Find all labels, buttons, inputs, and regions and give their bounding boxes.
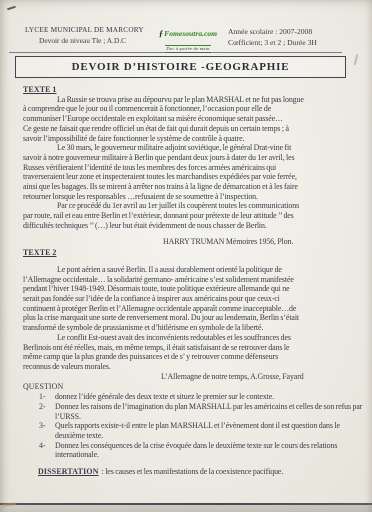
header-divider: [9, 52, 342, 53]
question-text: donnez l’idée générale des deux texte et…: [55, 392, 274, 401]
dissertation-line: DISSERTATION: les causes et les manifest…: [38, 467, 363, 477]
dissertation-label: DISSERTATION: [38, 467, 99, 476]
exam-info-block: Année scolaire : 2007-2008 Cœfficient; 3…: [228, 27, 317, 47]
texte1-paragraph-1: La Russie se trouva prise au dépourvu pa…: [23, 95, 363, 144]
texte2-paragraph-1: Le pont aérien a sauvé Berlin. Il a auss…: [23, 265, 363, 333]
question-number: 2-: [39, 402, 45, 412]
scan-edge-strip: [0, 505, 372, 512]
scan-artifact-top-left: [7, 6, 16, 11]
dissertation-text: : les causes et les manifestations de la…: [102, 467, 284, 476]
texte1-heading: TEXTE 1: [23, 85, 363, 95]
question-text: Donnez les raisons de l’imagination du p…: [55, 402, 362, 421]
scanned-exam-page: LYCEE MUNICIPAL DE MARCORY Devoir de niv…: [0, 0, 372, 512]
document-title: DEVOIR D’HISTOIRE -GEOGRAPHIE: [72, 61, 290, 73]
fomesoutra-logo: ƒFomesoutra.com Doc à portée de main: [149, 29, 227, 54]
school-name: LYCEE MUNICIPAL DE MARCORY: [25, 26, 144, 34]
questions-heading: QUESTION: [23, 382, 363, 392]
texte1-paragraph-2: Le 30 mars, le gouverneur militaire adjo…: [23, 143, 363, 201]
document-title-box: DEVOIR D’HISTOIRE -GEOGRAPHIE: [15, 56, 346, 78]
question-number: 1-: [39, 392, 45, 402]
logo-wordmark: ƒFomesoutra.com: [149, 29, 227, 38]
coefficient-duration: Cœfficient; 3 et 2 ; Durée 3H: [228, 38, 317, 47]
question-item: 4- Donnez les conséquences de la crise é…: [23, 441, 363, 460]
question-number: 4-: [39, 441, 45, 451]
logo-flourish-icon: ƒ: [159, 28, 163, 38]
question-item: 1- donnez l’idée générale des deux texte…: [23, 392, 363, 402]
questions-list: 1- donnez l’idée générale des deux texte…: [23, 392, 363, 460]
school-block: LYCEE MUNICIPAL DE MARCORY Devoir de niv…: [25, 26, 144, 45]
question-item: 3- Quels rapports existe-t-il entre le p…: [23, 421, 363, 440]
question-text: Donnez les conséquences de la crise évoq…: [55, 441, 337, 460]
question-item: 2- Donnez les raisons de l’imagination d…: [23, 402, 363, 421]
texte2-source: L’Allemagne de notre temps, A.Grosse, Fa…: [161, 372, 363, 382]
texte1-paragraph-3: Par ce procédé du 1er avril au 1er juill…: [23, 201, 363, 230]
scan-artifact-right-margin: [354, 54, 358, 65]
texte2-paragraph-2: Le conflit Est-ouest avait des inconvéni…: [23, 333, 363, 372]
question-text: Quels rapports existe-t-il entre le plan…: [55, 421, 340, 440]
logo-name: Fomesoutra.com: [164, 29, 217, 38]
school-year: Année scolaire : 2007-2008: [228, 27, 317, 36]
document-body: TEXTE 1 La Russie se trouva prise au dép…: [23, 85, 363, 477]
document-header: LYCEE MUNICIPAL DE MARCORY Devoir de niv…: [25, 26, 365, 54]
texte1-source: HARRY TRUMAN Mémoires 1956, Plon.: [163, 237, 363, 247]
question-number: 3-: [39, 421, 45, 431]
level-line: Devoir de niveau Tle ; A.D.C: [25, 36, 144, 45]
texte2-heading: TEXTE 2: [23, 248, 363, 258]
